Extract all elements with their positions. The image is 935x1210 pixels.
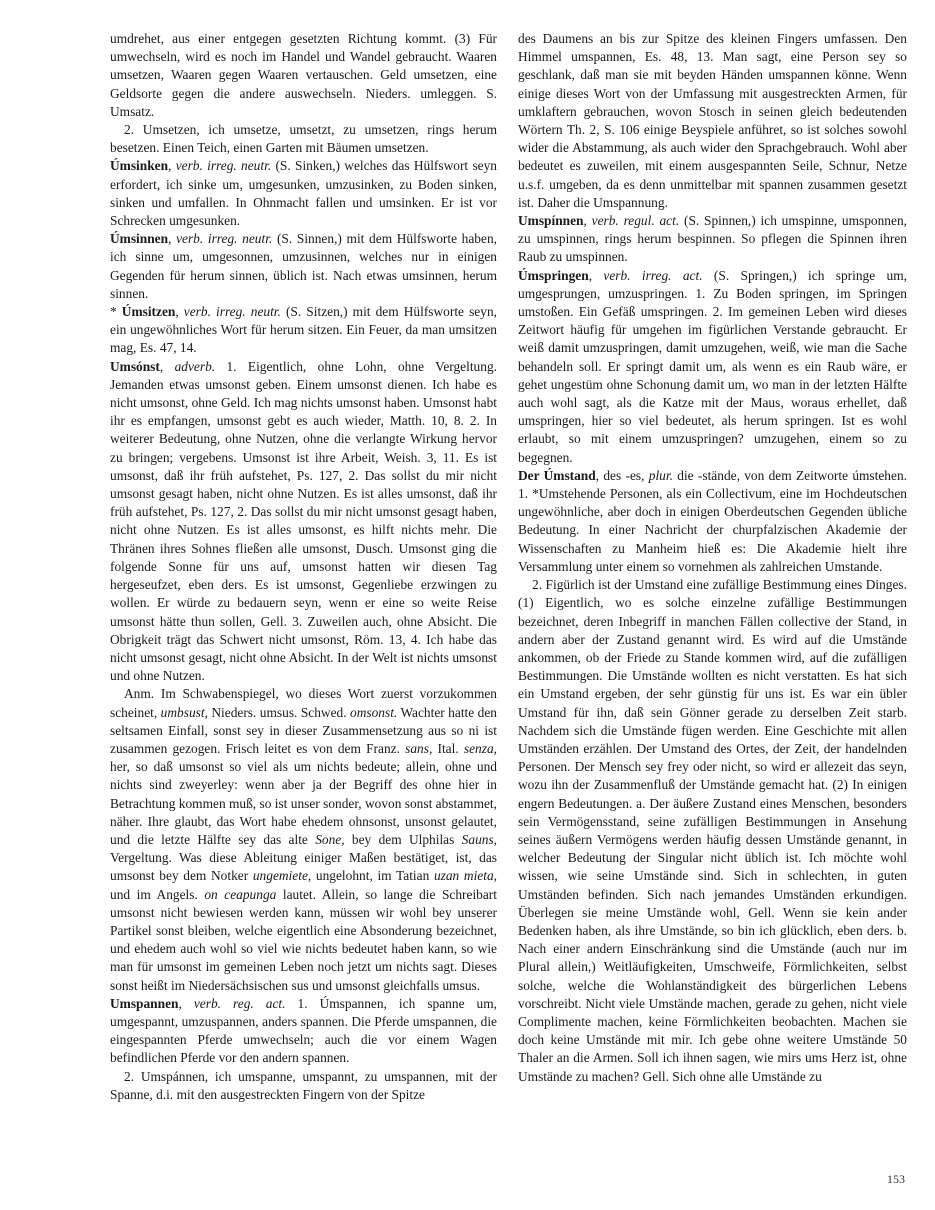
annotation-text: ungelohnt, im Tatian bbox=[311, 868, 434, 883]
entry-headword: Umsónst bbox=[110, 359, 160, 374]
page-number: 153 bbox=[887, 1172, 905, 1187]
dictionary-entry: Der Úmstand, des -es, plur. die -stände,… bbox=[518, 467, 907, 576]
entry-headword: Der Úmstand bbox=[518, 468, 596, 483]
entry-headword: Úmsinnen bbox=[110, 231, 168, 246]
sense-paragraph: 2. Figürlich ist der Umstand eine zufäll… bbox=[518, 576, 907, 1086]
entry-headword: Úmsinken bbox=[110, 158, 168, 173]
etymon: omsonst. bbox=[350, 705, 397, 720]
entry-definition: die -stände, von dem Zeitworte úmstehen.… bbox=[518, 468, 907, 574]
grammar-label: plur. bbox=[649, 468, 673, 483]
annotation-paragraph: Anm. Im Schwabenspiegel, wo dieses Wort … bbox=[110, 685, 497, 994]
dictionary-page: umdrehet, aus einer entgegen gesetzten R… bbox=[0, 0, 935, 1210]
right-column: des Daumens an bis zur Spitze des kleine… bbox=[518, 30, 907, 1086]
dictionary-entry: Umspínnen, verb. regul. act. (S. Spinnen… bbox=[518, 212, 907, 267]
etymon: uzan mieta, bbox=[434, 868, 497, 883]
entry-definition: (S. Springen,) ich springe um, umgesprun… bbox=[518, 268, 907, 465]
dictionary-entry: Umsónst, adverb. 1. Eigentlich, ohne Loh… bbox=[110, 358, 497, 686]
sense-paragraph: 2. Umspánnen, ich umspanne, umspannt, zu… bbox=[110, 1068, 497, 1104]
annotation-text: Nieders. umsus. Schwed. bbox=[208, 705, 350, 720]
grammar-label: verb. irreg. neutr. bbox=[176, 158, 271, 173]
grammar-label: verb. irreg. act. bbox=[603, 268, 702, 283]
dictionary-entry: Úmspringen, verb. irreg. act. (S. Spring… bbox=[518, 267, 907, 467]
etymon: umbsust, bbox=[161, 705, 208, 720]
etymon: Sauns, bbox=[462, 832, 497, 847]
etymon: senza, bbox=[464, 741, 497, 756]
grammar-label: verb. regul. act. bbox=[592, 213, 680, 228]
annotation-text: Ital. bbox=[432, 741, 464, 756]
sense-paragraph: 2. Umsetzen, ich umsetze, umsetzt, zu um… bbox=[110, 121, 497, 157]
annotation-text: lautet. Allein, so lange die Schreibart … bbox=[110, 887, 497, 993]
continued-paragraph: des Daumens an bis zur Spitze des kleine… bbox=[518, 30, 907, 212]
grammar-label: verb. irreg. neutr. bbox=[184, 304, 281, 319]
grammar-label: verb. irreg. neutr. bbox=[176, 231, 272, 246]
entry-headword: Umspannen bbox=[110, 996, 178, 1011]
left-column: umdrehet, aus einer entgegen gesetzten R… bbox=[110, 30, 497, 1104]
entry-headword: Umspínnen bbox=[518, 213, 584, 228]
etymon: sans, bbox=[405, 741, 432, 756]
dictionary-entry: Úmsinnen, verb. irreg. neutr. (S. Sinnen… bbox=[110, 230, 497, 303]
annotation-text: bey dem Ulphilas bbox=[345, 832, 462, 847]
dictionary-entry: * Úmsitzen, verb. irreg. neutr. (S. Sitz… bbox=[110, 303, 497, 358]
dictionary-entry: Úmsinken, verb. irreg. neutr. (S. Sinken… bbox=[110, 157, 497, 230]
etymon: ungemiete, bbox=[253, 868, 311, 883]
annotation-text: und im Angels. bbox=[110, 887, 204, 902]
entry-headword: Úmsitzen bbox=[122, 304, 176, 319]
entry-headword: Úmspringen bbox=[518, 268, 589, 283]
etymon: on ceapunga bbox=[204, 887, 276, 902]
entry-inflection: , des -es, bbox=[596, 468, 649, 483]
entry-definition: (S. Sinken,) welches das Hülfswort seyn … bbox=[110, 158, 497, 228]
entry-marker: * bbox=[110, 304, 122, 319]
entry-definition: (S. Sinnen,) mit dem Hülfsworte haben, i… bbox=[110, 231, 497, 301]
etymon: Sone, bbox=[315, 832, 344, 847]
grammar-label: verb. reg. act. bbox=[194, 996, 286, 1011]
grammar-label: adverb. bbox=[175, 359, 216, 374]
dictionary-entry: Umspannen, verb. reg. act. 1. Úmspannen,… bbox=[110, 995, 497, 1068]
entry-definition: 1. Eigentlich, ohne Lohn, ohne Vergeltun… bbox=[110, 359, 497, 683]
continued-paragraph: umdrehet, aus einer entgegen gesetzten R… bbox=[110, 30, 497, 121]
